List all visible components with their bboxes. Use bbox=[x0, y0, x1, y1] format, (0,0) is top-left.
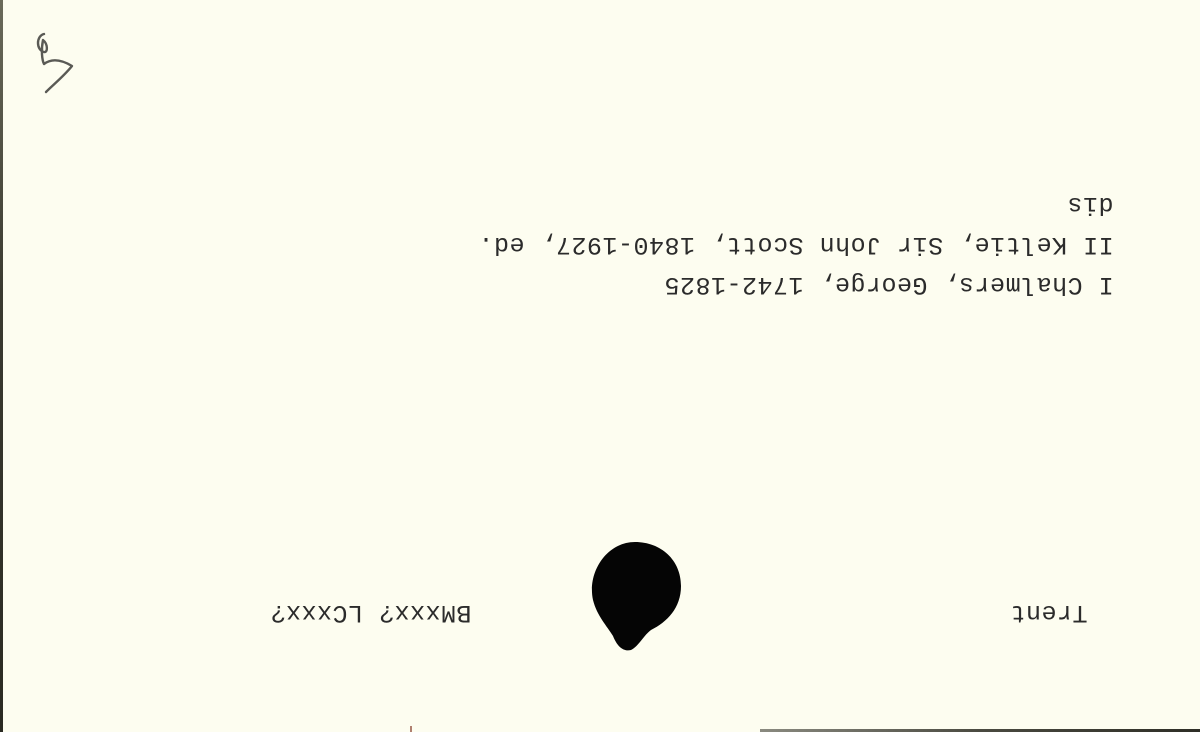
handwritten-mark-icon bbox=[30, 28, 86, 98]
catalog-card: dis II Keltie, Sir John Scott, 1840-1927… bbox=[0, 0, 1200, 732]
location-label: Trent bbox=[1010, 600, 1088, 625]
card-edge-mark bbox=[410, 726, 412, 732]
heading-continuation: dis bbox=[1067, 192, 1114, 217]
added-entry-editor: II Keltie, Sir John Scott, 1840-1927, ed… bbox=[478, 232, 1114, 257]
shelf-marks: BMxxx? LCxxx? bbox=[270, 600, 472, 625]
card-left-edge bbox=[0, 0, 3, 732]
punch-hole-icon bbox=[587, 538, 683, 654]
main-entry-author: I Chalmers, George, 1742-1825 bbox=[664, 272, 1114, 297]
